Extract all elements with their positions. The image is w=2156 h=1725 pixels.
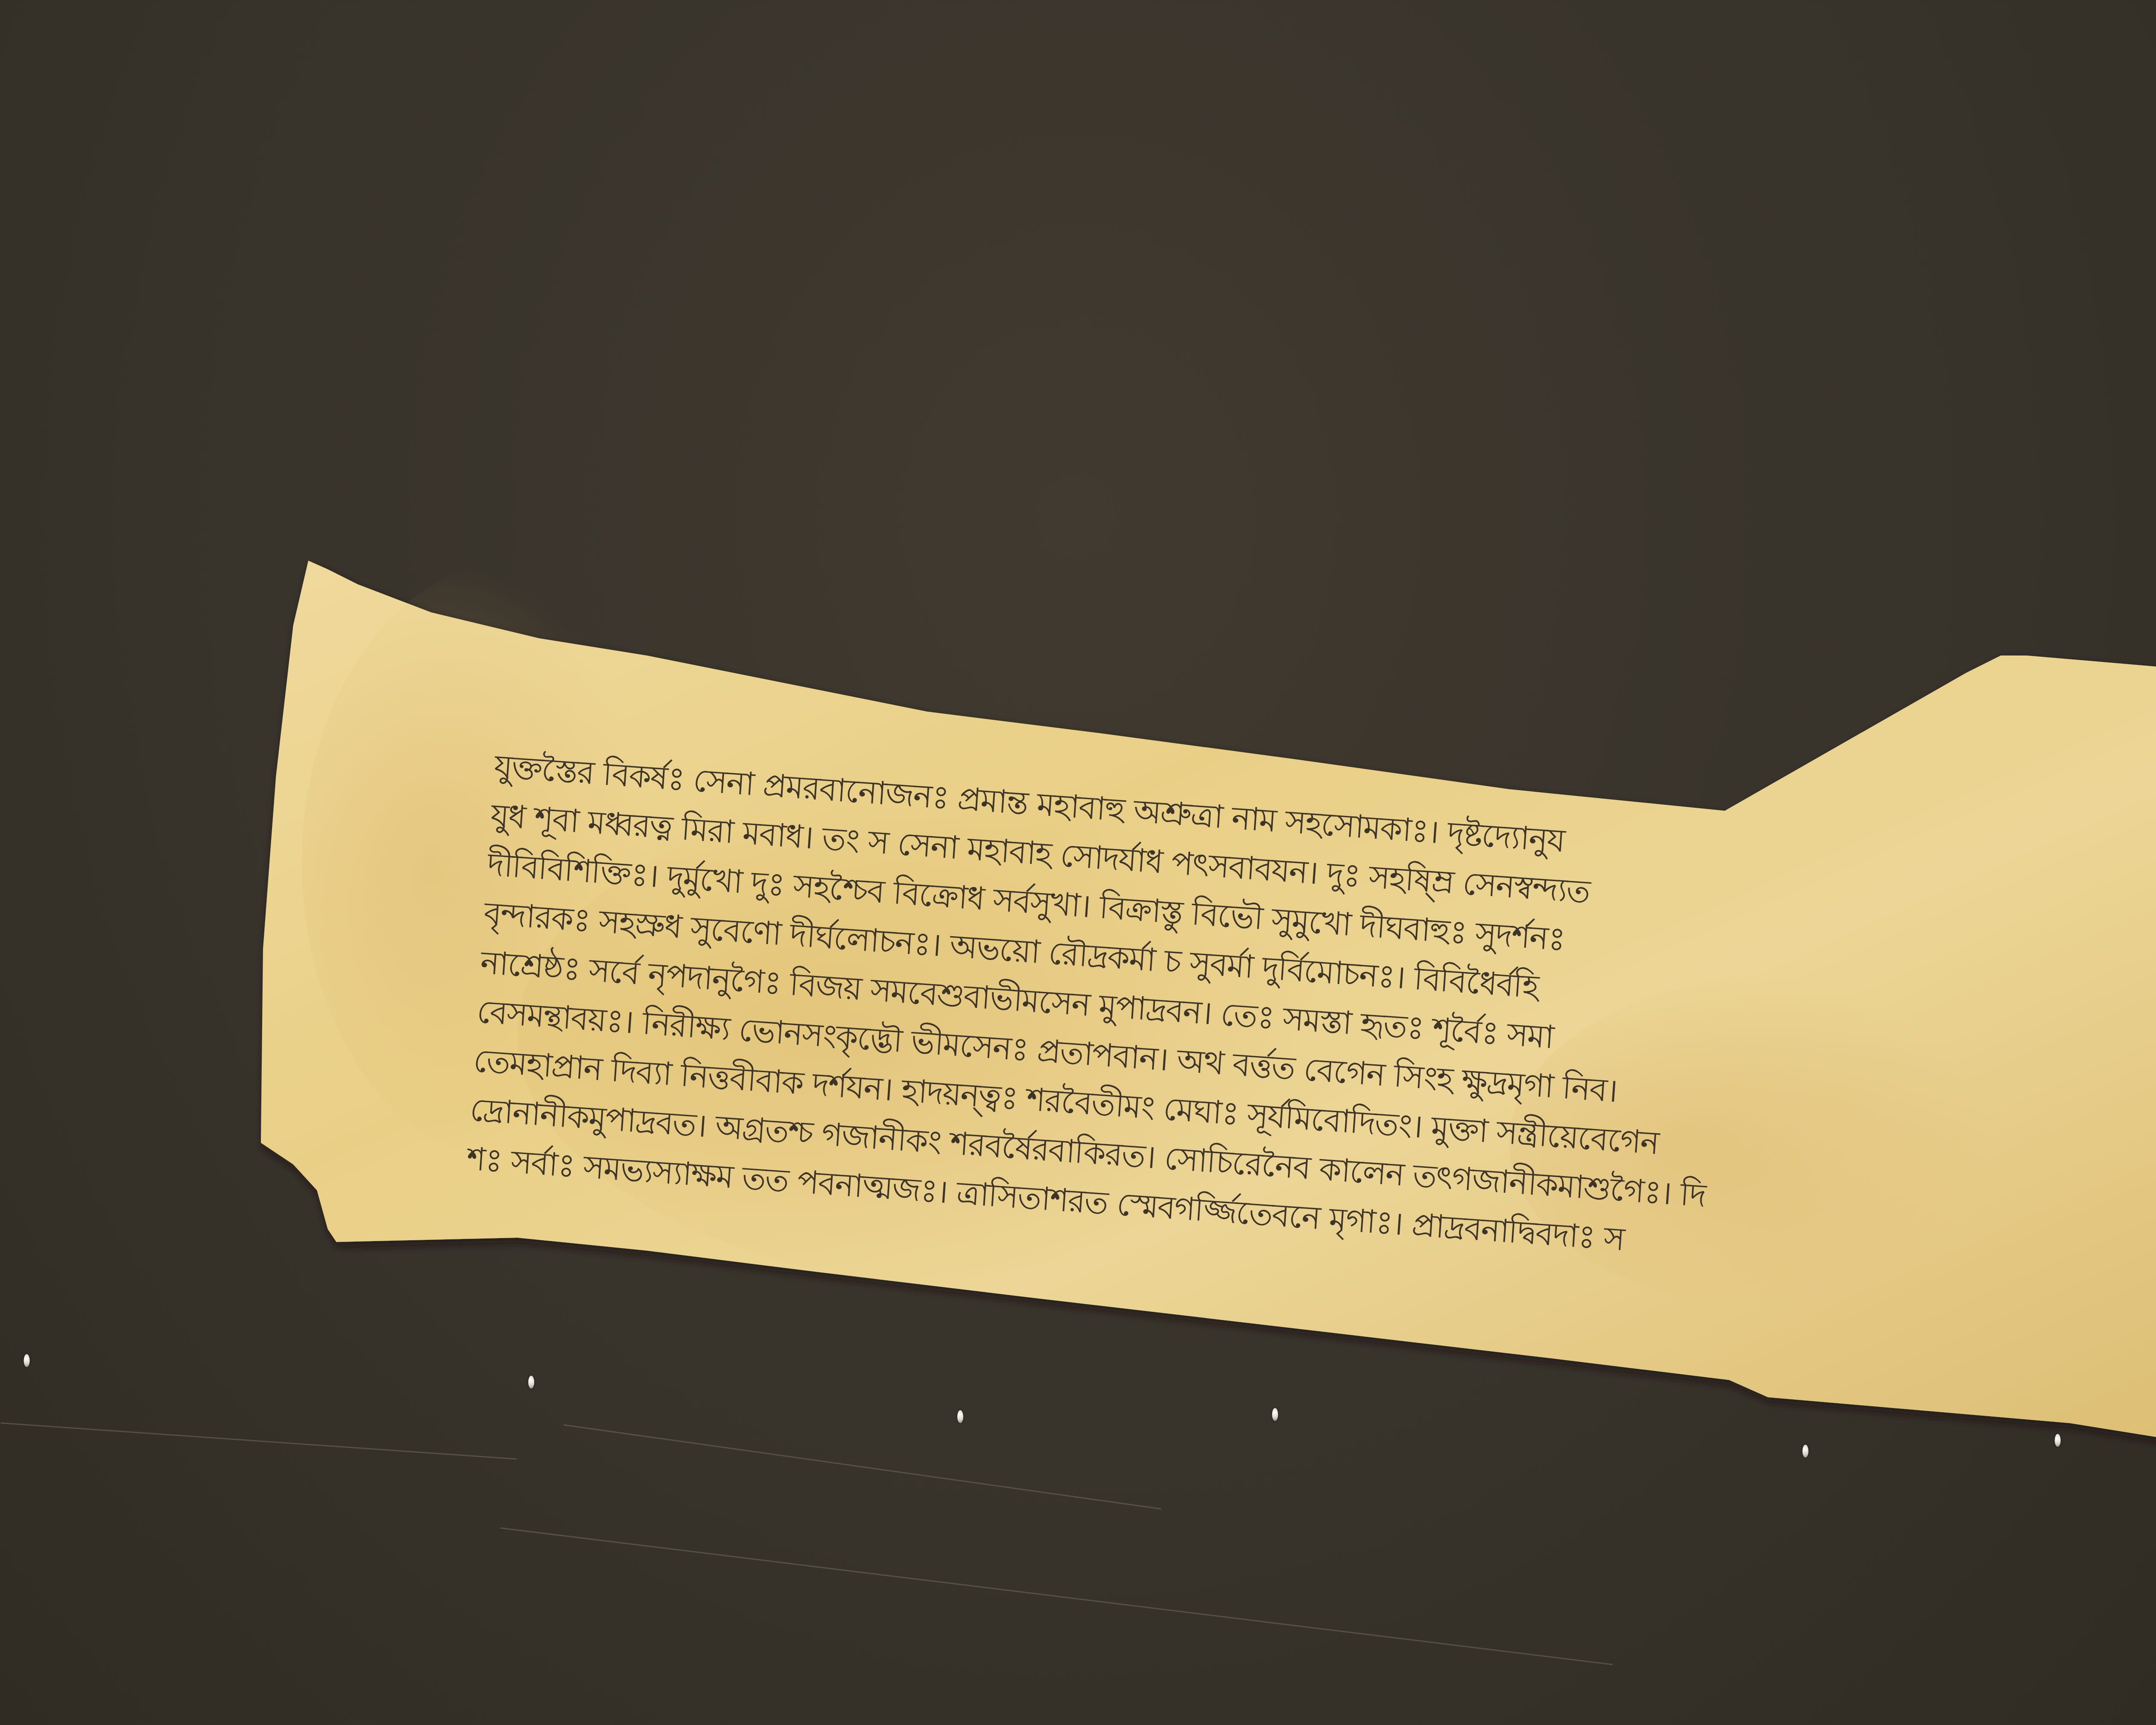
mounting-pin (1272, 1408, 1278, 1421)
mounting-pin (2055, 1434, 2061, 1447)
manuscript-leaf: যুক্তস্তৈর বিকর্ষঃ সেনা প্রমরবানোজনঃ প্র… (0, 0, 2156, 1725)
mounting-pin (528, 1376, 534, 1389)
mounting-pin (957, 1410, 963, 1423)
mounting-pin (24, 1354, 30, 1367)
mounting-pin (1802, 1445, 1808, 1458)
